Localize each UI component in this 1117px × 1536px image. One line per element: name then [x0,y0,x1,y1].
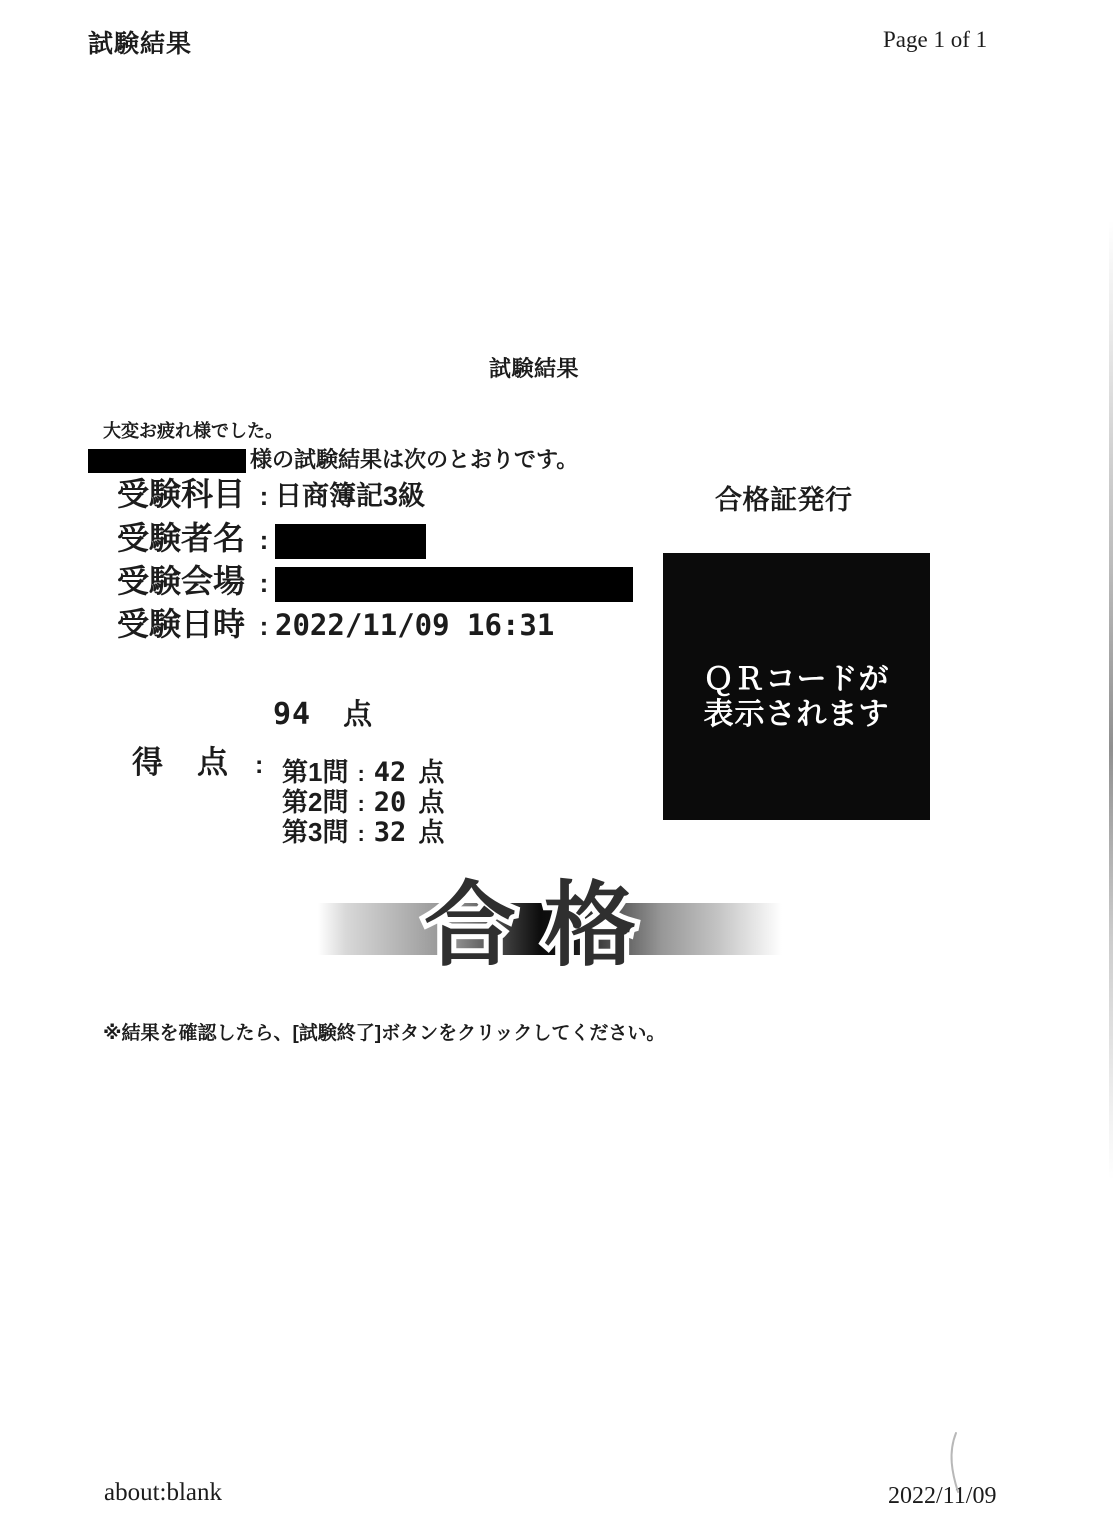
qr-placeholder-line2: 表示されます [704,697,890,732]
breakdown-1-value: 42 [374,759,407,787]
breakdown-3-unit: 点 [418,818,444,846]
result-banner-text: 合格 [424,876,664,976]
certificate-issue-label: 合格証発行 [715,478,853,517]
breakdown-3-separator: : [357,820,364,848]
field-row-venue: 受験会場 : [117,565,633,600]
score-breakdown: 第1問 : 42 点 第2問 : 20 点 第3問 : 32 点 [282,758,444,848]
total-score: 94 点 [273,692,372,733]
redacted-examinee-name [275,524,426,559]
total-score-unit: 点 [343,692,372,733]
subject-label: 受験科目 [117,478,253,510]
datetime-separator: : [253,610,275,642]
print-header-title: 試験結果 [88,24,192,60]
qr-placeholder-line1: ＱＲコードが [704,662,890,697]
venue-label: 受験会場 [117,565,253,597]
venue-separator: : [253,567,275,599]
instruction-note: ※結果を確認したら、[試験終了]ボタンをクリックしてください。 [103,1018,665,1045]
redacted-examinee-name-inline [88,449,246,473]
printed-exam-result-page: 試験結果 Page 1 of 1 試験結果 大変お疲れ様でした。 様の試験結果は… [0,0,1117,1536]
breakdown-1-separator: : [357,760,364,788]
subject-value: 日商簿記3級 [275,480,425,512]
score-breakdown-row-1: 第1問 : 42 点 [282,758,444,788]
page-title: 試験結果 [489,352,579,383]
datetime-label: 受験日時 [117,608,253,640]
score-label-char1: 得 [132,737,163,782]
total-score-value: 94 [273,697,311,732]
scan-edge-artifact [1109,220,1113,1180]
breakdown-2-label: 第2問 [282,788,348,816]
greeting-line: 大変お疲れ様でした。 [103,417,283,443]
field-row-datetime: 受験日時 : 2022/11/09 16:31 [117,608,554,642]
field-row-examinee: 受験者名 : [117,522,426,557]
score-label-char2: 点 [197,737,228,782]
breakdown-2-value: 20 [374,789,407,817]
breakdown-3-value: 32 [374,819,407,847]
breakdown-1-unit: 点 [418,758,444,786]
score-breakdown-row-3: 第3問 : 32 点 [282,818,444,848]
subject-separator: : [253,480,275,512]
score-breakdown-row-2: 第2問 : 20 点 [282,788,444,818]
scan-scratch-artifact [930,1425,970,1500]
examinee-label: 受験者名 [117,522,253,554]
breakdown-2-separator: : [357,790,364,818]
print-footer-url: about:blank [104,1479,222,1507]
score-label: 得 点 : [132,737,263,782]
print-page-indicator: Page 1 of 1 [883,27,987,53]
breakdown-1-label: 第1問 [282,758,348,786]
examinee-separator: : [253,524,275,556]
greeting-name-suffix: 様の試験結果は次のとおりです。 [250,443,578,474]
score-label-separator: : [255,751,263,780]
redacted-venue [275,567,633,602]
breakdown-2-unit: 点 [418,788,444,816]
datetime-value: 2022/11/09 16:31 [275,609,554,641]
breakdown-3-label: 第3問 [282,818,348,846]
field-row-subject: 受験科目 : 日商簿記3級 [117,478,425,512]
greeting-name-line: 様の試験結果は次のとおりです。 [88,443,578,474]
qr-code-placeholder-box: ＱＲコードが 表示されます [663,553,930,820]
result-banner: 合格 合格 [424,876,684,980]
